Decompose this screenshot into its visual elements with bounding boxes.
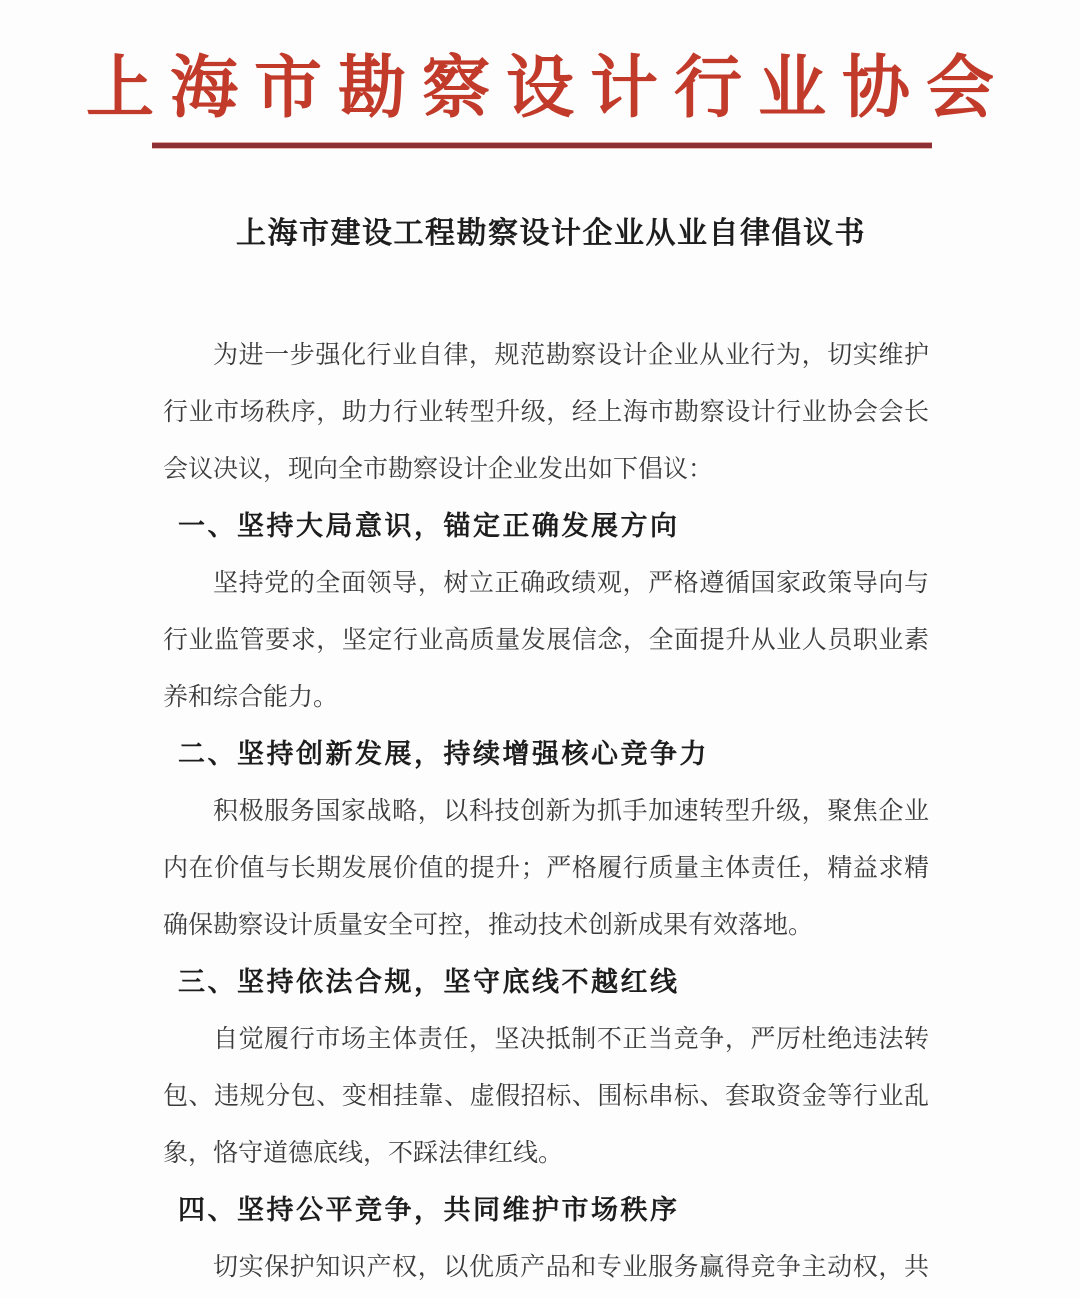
document-title: 上海市建设工程勘察设计企业从业自律倡议书 (0, 212, 1080, 256)
section-1-line: 坚持党的全面领导，树立正确政绩观，严格遵循国家政策导向与 (163, 555, 929, 612)
letterhead-org-name: 上海市勘察设计行业协会 (0, 38, 1080, 138)
intro-line: 为进一步强化行业自律，规范勘察设计企业从业行为，切实维护 (163, 327, 929, 384)
section-3-line: 包、违规分包、变相挂靠、虚假招标、围标串标、套取资金等行业乱 (163, 1068, 929, 1125)
section-3-line: 自觉履行市场主体责任，坚决抵制不正当竞争，严厉杜绝违法转 (163, 1011, 929, 1068)
section-2-line: 内在价值与长期发展价值的提升；严格履行质量主体责任，精益求精 (163, 840, 929, 897)
section-1-heading: 一、坚持大局意识，锚定正确发展方向 (163, 498, 929, 555)
section-4-line: 切实保护知识产权，以优质产品和专业服务赢得竞争主动权，共 (163, 1239, 929, 1296)
document-body: 为进一步强化行业自律，规范勘察设计企业从业行为，切实维护 行业市场秩序，助力行业… (163, 327, 929, 1296)
section-4-heading: 四、坚持公平竞争，共同维护市场秩序 (163, 1182, 929, 1239)
section-1-line: 养和综合能力。 (163, 669, 929, 726)
section-1-line: 行业监管要求，坚定行业高质量发展信念，全面提升从业人员职业素 (163, 612, 929, 669)
intro-line: 行业市场秩序，助力行业转型升级，经上海市勘察设计行业协会会长 (163, 384, 929, 441)
section-3-line: 象，恪守道德底线，不踩法律红线。 (163, 1125, 929, 1182)
intro-line: 会议决议，现向全市勘察设计企业发出如下倡议： (163, 441, 929, 498)
letterhead-rule (152, 143, 932, 148)
section-3-heading: 三、坚持依法合规，坚守底线不越红线 (163, 954, 929, 1011)
section-2-line: 确保勘察设计质量安全可控，推动技术创新成果有效落地。 (163, 897, 929, 954)
section-2-heading: 二、坚持创新发展，持续增强核心竞争力 (163, 726, 929, 783)
section-2-line: 积极服务国家战略，以科技创新为抓手加速转型升级，聚焦企业 (163, 783, 929, 840)
